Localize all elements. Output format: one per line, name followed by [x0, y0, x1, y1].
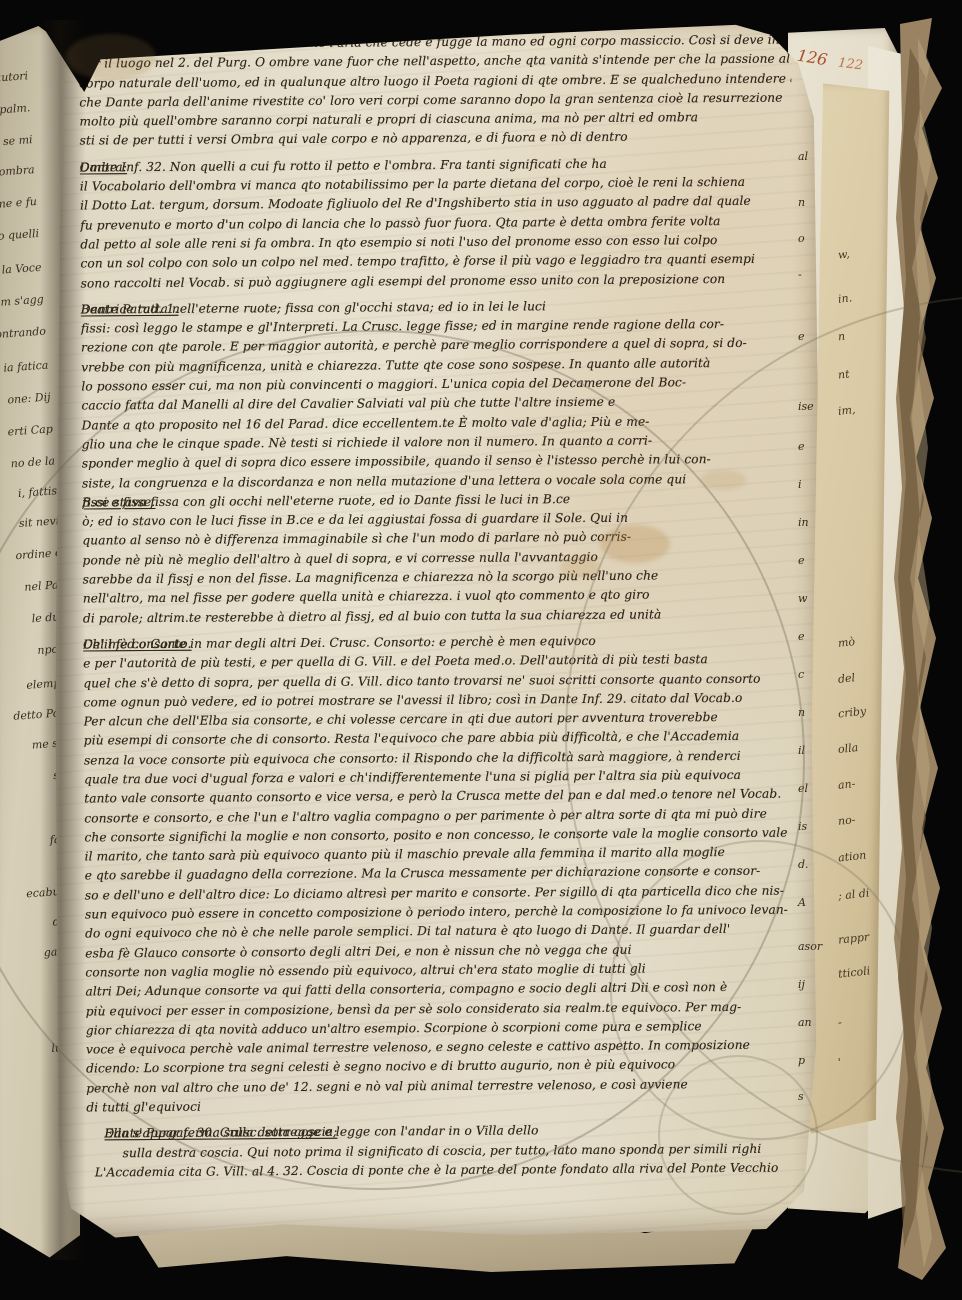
margin-fragment: is	[798, 820, 807, 833]
manuscript-heading: Ombra:	[80, 158, 127, 178]
margin-fragment: em s'agg	[0, 293, 44, 310]
manuscript-heading: Dante Parad. 1.	[81, 300, 179, 320]
margin-fragment: ation	[837, 849, 866, 865]
margin-fragment: i, fattis	[0, 484, 58, 501]
margin-fragment: -	[837, 1016, 842, 1029]
margin-fragment: ordine e	[0, 546, 62, 563]
main-page: non si possono spignere ne dimeno che l'…	[54, 20, 820, 1240]
book-photo: i autoriincipalm.e se mie l'ombracome e …	[0, 0, 962, 1300]
margin-fragment: e l'ombra	[0, 163, 35, 180]
margin-fragment: el	[798, 782, 808, 795]
manuscript-heading: Del med.o Canto.	[83, 635, 191, 655]
margin-fragment: no-	[837, 813, 856, 828]
deckle-edge-texture	[892, 18, 960, 1280]
manuscript-line: L'Accademia cita G. Vill. al 4. 32. Cosc…	[95, 1158, 799, 1182]
right-edge-text: alno-eiseeiinewecnilelisd.Aasorijanps	[796, 0, 830, 1300]
slip-text: w,in.nntim,mòdelcribyollaan-no-ation; al…	[836, 0, 882, 1300]
margin-fragment: criby	[837, 705, 866, 721]
margin-fragment: in	[798, 516, 809, 529]
margin-fragment: e	[798, 554, 805, 567]
margin-fragment: incipalm.	[0, 101, 31, 118]
margin-fragment: n	[837, 330, 845, 344]
manuscript-line: di parole; altrim.te resterebbe à dietro…	[83, 604, 795, 628]
margin-fragment: del	[837, 671, 855, 686]
margin-fragment: im,	[837, 403, 856, 418]
margin-fragment: o	[798, 232, 805, 245]
margin-fragment: n	[798, 196, 805, 209]
margin-fragment: c	[798, 668, 804, 681]
margin-fragment: ontrando	[0, 325, 46, 342]
margin-fragment: al	[798, 150, 808, 163]
margin-fragment: d.	[798, 858, 809, 871]
margin-fragment: w	[798, 592, 807, 605]
manuscript-line: sti si de per tutti i versi Ombra qui va…	[80, 127, 792, 151]
margin-fragment: asor	[798, 940, 822, 953]
manuscript-line: sono raccolti nel Vocab. si può aggiugne…	[81, 269, 793, 293]
margin-fragment: p	[798, 1054, 805, 1067]
manuscript-heading: fissi e fisse.	[82, 493, 155, 513]
margin-fragment: rappr	[837, 930, 869, 946]
margin-fragment: no de la	[0, 454, 55, 471]
margin-fragment: A	[798, 896, 806, 909]
margin-fragment: erti Cap	[0, 422, 53, 439]
margin-fragment: mò	[837, 635, 855, 650]
margin-fragment: e	[798, 330, 805, 343]
margin-fragment: 'do	[47, 1262, 80, 1270]
margin-fragment: come e fu	[0, 195, 37, 212]
folio-number-underleaf: 122	[837, 56, 863, 74]
margin-fragment: sit nevi	[0, 514, 60, 531]
margin-fragment: ia fatica	[0, 359, 49, 376]
margin-fragment: olla	[837, 741, 858, 756]
margin-fragment: n	[798, 706, 805, 719]
margin-fragment: e	[798, 630, 805, 643]
margin-fragment: ; al di	[837, 886, 870, 902]
margin-fragment: oro quelli	[0, 227, 40, 244]
margin-fragment: nt	[837, 367, 850, 381]
margin-fragment: i autori	[0, 69, 29, 86]
margin-fragment: an	[798, 1016, 812, 1029]
margin-fragment: ise	[798, 400, 814, 413]
manuscript-line: di tutti gl'equivoci	[86, 1094, 798, 1118]
manuscript-text: non si possono spignere ne dimeno che l'…	[79, 31, 799, 1226]
margin-fragment: '	[837, 1056, 841, 1069]
margin-fragment: tticoli	[837, 964, 870, 980]
margin-fragment: il	[798, 744, 805, 757]
margin-fragment: la Voce	[0, 261, 42, 278]
margin-fragment: w,	[837, 247, 850, 261]
margin-fragment: ij	[798, 978, 805, 991]
margin-fragment: -	[798, 268, 802, 281]
margin-fragment: nel Par	[0, 578, 64, 595]
margin-fragment: one: Dij	[0, 390, 51, 407]
deckle-edge	[892, 18, 960, 1280]
margin-fragment: e se mi	[0, 133, 33, 150]
margin-fragment: in.	[837, 291, 852, 305]
margin-fragment: s	[798, 1090, 804, 1103]
margin-fragment: i	[798, 478, 802, 491]
margin-fragment: e	[798, 440, 805, 453]
manuscript-heading: Ella s'appar ferma sulla detta coscia;	[104, 1123, 337, 1144]
margin-fragment: an-	[837, 777, 856, 792]
margin-fragment: non	[45, 1232, 80, 1249]
